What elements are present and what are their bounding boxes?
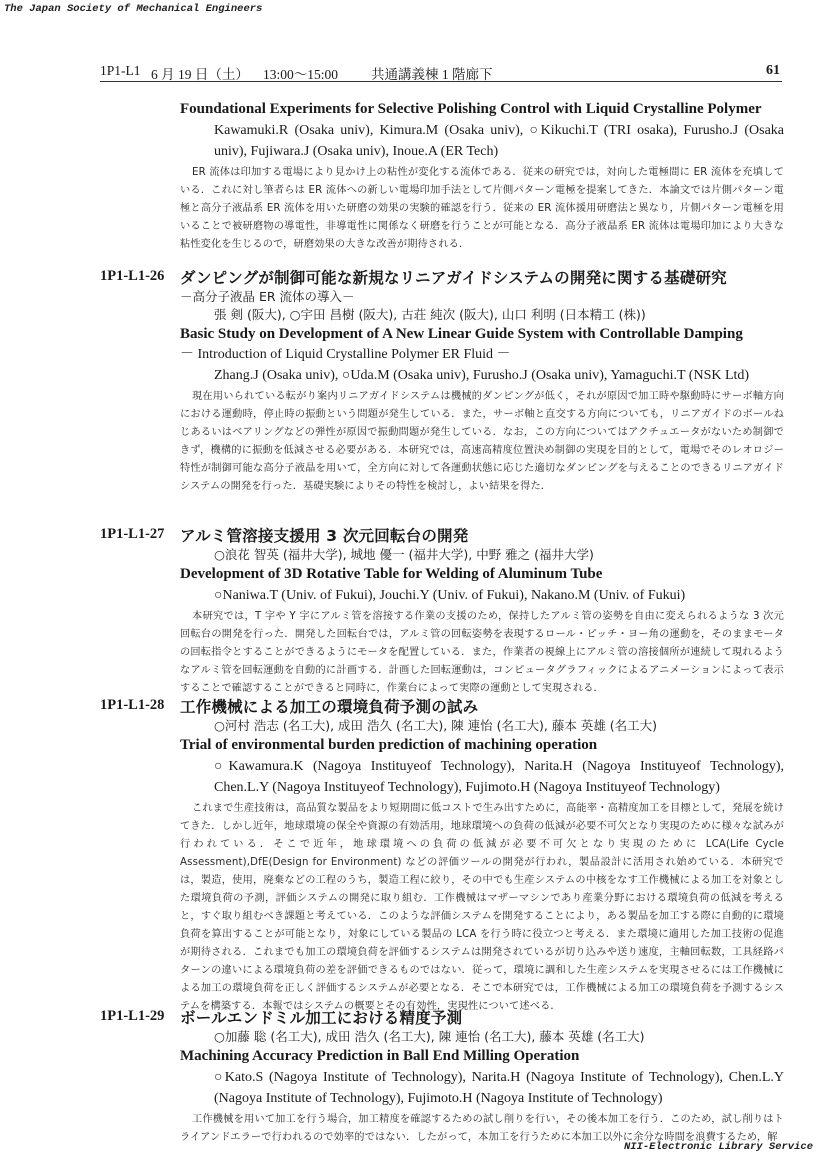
japanese-authors: ○河村 浩志 (名工大), 成田 浩久 (名工大), 陳 連怡 (名工大), 藤… (180, 717, 784, 735)
session-time: 13:00～15:00 (263, 63, 338, 83)
japanese-title: ダンピングが制御可能な新規なリニアガイドシステムの開発に関する基礎研究 (180, 268, 784, 288)
japanese-authors: 張 剣 (阪大), ○宇田 昌樹 (阪大), 古荘 純次 (阪大), 山口 利明… (180, 306, 784, 324)
abstract: これまで生産技術は，高品質な製品をより短期間に低コストで生み出すために，高能率・… (180, 800, 784, 1016)
paper-id: 1P1-L1-29 (100, 1008, 164, 1025)
session-date: 6 月 19 日（土） (151, 63, 249, 83)
paper-id: 1P1-L1-28 (100, 697, 164, 714)
english-title: Basic Study on Development of A New Line… (180, 324, 784, 345)
japanese-title: ボールエンドミル加工における精度予測 (180, 1008, 784, 1028)
english-authors: ○Naniwa.T (Univ. of Fukui), Jouchi.Y (Un… (180, 585, 784, 606)
english-title: Foundational Experiments for Selective P… (180, 99, 784, 120)
abstract: ER 流体は印加する電場により見かけ上の粘性が変化する流体である．従来の研究では… (180, 164, 784, 254)
library-watermark: NII-Electronic Library Service (624, 1141, 813, 1153)
japanese-title: アルミ管溶接支援用 3 次元回転台の開発 (180, 526, 784, 546)
english-authors: Zhang.J (Osaka univ), ○Uda.M (Osaka univ… (180, 365, 784, 386)
abstract: 本研究では，T 字や Y 字にアルミ管を溶接する作業の支援のため，保持したアルミ… (180, 608, 784, 698)
page-number: 61 (766, 63, 780, 79)
paper-id: 1P1-L1-27 (100, 526, 164, 543)
english-title: Machining Accuracy Prediction in Ball En… (180, 1046, 784, 1067)
japanese-authors: ○加藤 聡 (名工大), 成田 浩久 (名工大), 陳 連怡 (名工大), 藤本… (180, 1028, 784, 1046)
english-title: Trial of environmental burden prediction… (180, 735, 784, 756)
english-subtitle: － Introduction of Liquid Crystalline Pol… (180, 345, 784, 365)
running-head: 1P1-L1 6 月 19 日（土） 13:00～15:00 共通講義棟 1 階… (100, 62, 782, 82)
english-authors: Kawamuki.R (Osaka univ), Kimura.M (Osaka… (180, 120, 784, 162)
english-title: Development of 3D Rotative Table for Wel… (180, 564, 784, 585)
abstract: 現在用いられている転がり案内リニアガイドシステムは機械的ダンピングが低く，それが… (180, 388, 784, 496)
session-place: 共通講義棟 1 階廊下 (371, 63, 493, 83)
paper-id: 1P1-L1-26 (100, 268, 164, 285)
japanese-subtitle: －高分子液晶 ER 流体の導入－ (180, 288, 784, 306)
publisher-watermark: The Japan Society of Mechanical Engineer… (4, 3, 262, 15)
english-authors: ○Kato.S (Nagoya Institute of Technology)… (180, 1067, 784, 1109)
english-authors: ○Kawamura.K (Nagoya Instituyeof Technolo… (180, 756, 784, 798)
japanese-title: 工作機械による加工の環境負荷予測の試み (180, 697, 784, 717)
japanese-authors: ○浪花 智英 (福井大学), 城地 優一 (福井大学), 中野 雅之 (福井大学… (180, 546, 784, 564)
session-code: 1P1-L1 (100, 63, 141, 79)
